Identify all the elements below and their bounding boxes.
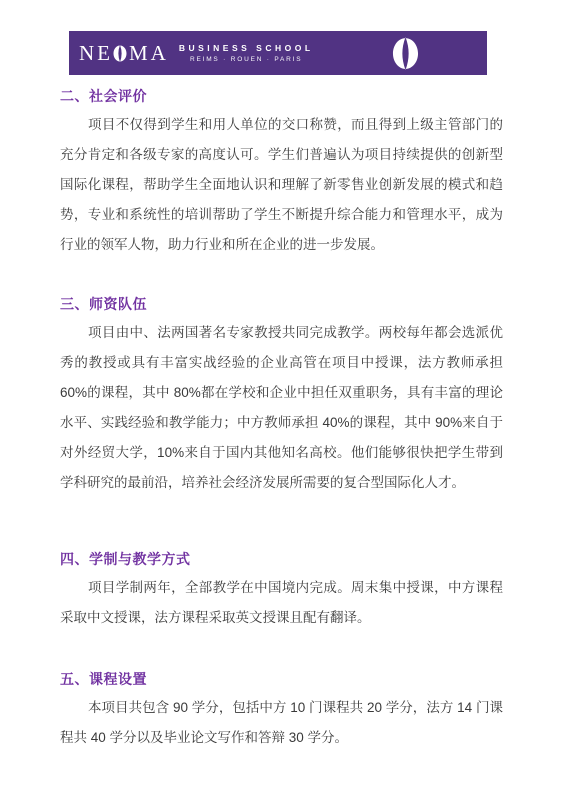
section-schooling-teaching-method: 四、学制与教学方式 项目学制两年，全部教学在中国境内完成。周末集中授课，中方课程… [60,551,503,633]
brand-subtitle: BUSINESS SCHOOL [179,43,314,53]
header-banner: NE MA BUSINESS SCHOOL REIMS · ROUEN · PA… [69,31,487,75]
section-body: 本项目共包含 90 学分，包括中方 10 门课程共 20 学分，法方 14 门课… [60,693,503,753]
brand-text-prefix: NE [79,43,113,64]
section-title: 四、学制与教学方式 [60,551,503,567]
section-social-evaluation: 二、社会评价 项目不仅得到学生和用人单位的交口称赞，而且得到上级主管部门的充分肯… [60,88,503,260]
neoma-wordmark: NE MA [79,43,169,64]
section-title: 五、课程设置 [60,671,503,687]
document-body: 二、社会评价 项目不仅得到学生和用人单位的交口称赞，而且得到上级主管部门的充分肯… [60,88,503,753]
section-curriculum: 五、课程设置 本项目共包含 90 学分，包括中方 10 门课程共 20 学分，法… [60,671,503,753]
section-body: 项目由中、法两国著名专家教授共同完成教学。两校每年都会选派优秀的教授或具有丰富实… [60,318,503,498]
section-faculty-team: 三、师资队伍 项目由中、法两国著名专家教授共同完成教学。两校每年都会选派优秀的教… [60,296,503,498]
section-title: 三、师资队伍 [60,296,503,312]
section-title: 二、社会评价 [60,88,503,104]
brand-tagline: REIMS · ROUEN · PARIS [190,56,302,63]
brand-text-suffix: MA [129,43,169,64]
brand-subtitle-block: BUSINESS SCHOOL REIMS · ROUEN · PARIS [179,43,314,63]
neoma-o-icon [113,45,127,62]
neoma-o-logo-icon [392,37,419,70]
document-page: NE MA BUSINESS SCHOOL REIMS · ROUEN · PA… [0,0,563,805]
section-body: 项目学制两年，全部教学在中国境内完成。周末集中授课，中方课程采取中文授课，法方课… [60,573,503,633]
section-body: 项目不仅得到学生和用人单位的交口称赞，而且得到上级主管部门的充分肯定和各级专家的… [60,110,503,260]
